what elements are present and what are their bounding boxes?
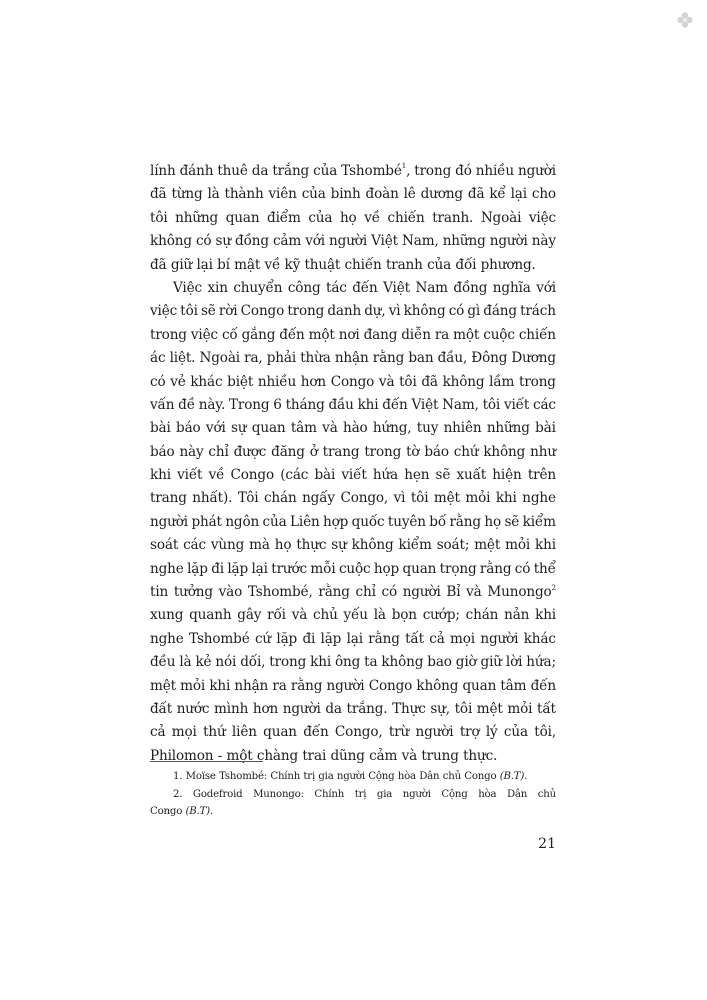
- footnote-marker: 2: [552, 584, 556, 592]
- footnote-line: Congo(B.T).: [150, 803, 556, 821]
- flower-watermark-icon: [676, 11, 694, 29]
- paragraph: línhđánhthuêdatrắngcủaTshombé1,trongđónh…: [150, 160, 556, 277]
- footnote-marker: 1: [402, 162, 406, 170]
- text-line: báonàychỉđượcđăngởtrangtrongtờbáochứkhôn…: [150, 441, 556, 464]
- page-number: 21: [536, 836, 556, 852]
- text-line: việctôisẽrờiCongotrongdanhdự,vìkhôngcógì…: [150, 300, 556, 323]
- footnote-source: (B.T).: [185, 803, 213, 821]
- text-line: xungquanhgâyrốivàchủyếulàbọncướp;chánnản…: [150, 604, 556, 627]
- text-line: khiviếtvềCongo(cácbàiviếthứahẹnsẽxuấthiệ…: [150, 464, 556, 487]
- text-line: tôinhữngquanđiểmcủahọvềchiếntranh.Ngoàiv…: [150, 207, 556, 230]
- text-line: ngheTshombécứlặpđilặplạirằngtấtcảmọingườ…: [150, 628, 556, 651]
- text-line: trangnhất).TôichánngấyCongo,vìtôimệtmỏik…: [150, 487, 556, 510]
- body-text: línhđánhthuêdatrắngcủaTshombé1,trongđónh…: [150, 160, 556, 768]
- footnote-divider: [150, 761, 263, 762]
- text-line: nghelặpđilặplạitrướcmỗicuộchọpquantrọngr…: [150, 558, 556, 581]
- text-line: ácliệt.Ngoàira,phảithừanhậnrằngbanđầu,Đô…: [150, 347, 556, 370]
- text-line: soátcácvùngmàhọthựcsựkhôngkiểmsoát;mệtmỏ…: [150, 534, 556, 557]
- paragraph: ViệcxinchuyểncôngtácđếnViệtNamđồngnghĩav…: [150, 277, 556, 768]
- text-line: cóvẻkhácbiệtnhiềuhơnCongovàtôiđãkhônglầm…: [150, 371, 556, 394]
- footnote-source: (B.T).: [500, 768, 528, 786]
- text-line: đãtừnglàthànhviêncủabinhđoànlêdươngđãkểl…: [150, 183, 556, 206]
- text-line: ngườiphátngôncủaLiênhợpquốctuyênbốrằnghọ…: [150, 511, 556, 534]
- footnotes: 1.MoïseTshombé:ChínhtrịgiangườiCộnghòaDâ…: [150, 768, 556, 821]
- text-line: vấnđềnày.Trong6thángđầukhiđếnViệtNam,tôi…: [150, 394, 556, 417]
- text-line: đấtnướcmìnhhơnngườidatrắng.Thựcsự,tôimệt…: [150, 698, 556, 721]
- text-line: mệtmỏikhinhậnrarằngngườiCongokhôngquantâ…: [150, 675, 556, 698]
- text-line: đềulàkẻnóidối,trongkhiôngtakhôngbaogiờgi…: [150, 651, 556, 674]
- footnote-line: 2.GodefroidMunongo:ChínhtrịgiangườiCộngh…: [150, 786, 556, 804]
- text-line: línhđánhthuêdatrắngcủaTshombé1,trongđónh…: [150, 160, 556, 183]
- text-line: đãgiữlạibímậtvềkỹthuậtchiếntranhcủađốiph…: [150, 254, 556, 277]
- text-line: bàibáovớisựquantâmvàhàohứng,tuynhiênnhữn…: [150, 417, 556, 440]
- text-line: trongviệccốgắngđếnmộtnơiđangdiễnramộtcuộ…: [150, 324, 556, 347]
- text-line: Philomon-mộtchàngtraidũngcảmvàtrungthực.: [150, 745, 556, 768]
- text-line: khôngcósựđồngcảmvớingườiViệtNam,nhữngngư…: [150, 230, 556, 253]
- text-line: tintưởngvàoTshombé,rằngchỉcóngườiBỉvàMun…: [150, 581, 556, 604]
- footnote-line: 1.MoïseTshombé:ChínhtrịgiangườiCộnghòaDâ…: [150, 768, 556, 786]
- text-line: cảmọithứliênquanđếnCongo,trừngườitrợlýcủ…: [150, 721, 556, 744]
- text-line: ViệcxinchuyểncôngtácđếnViệtNamđồngnghĩav…: [150, 277, 556, 300]
